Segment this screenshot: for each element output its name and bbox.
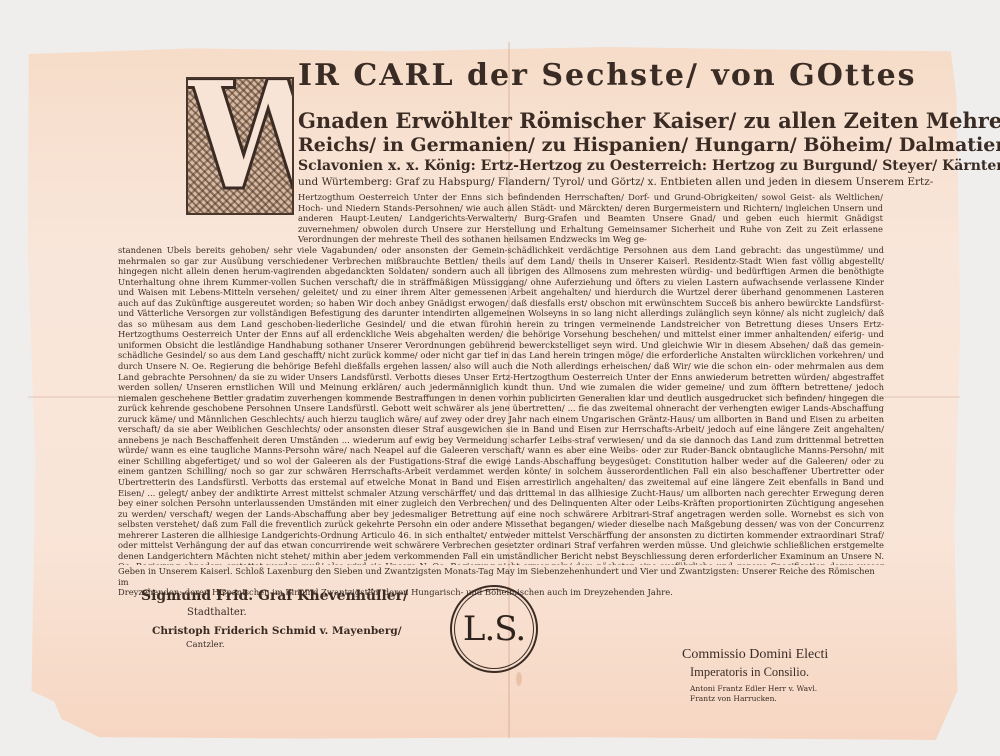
commission-line-2: Imperatoris in Consilio. [690, 665, 809, 680]
initial-letter-glyph: W [186, 77, 294, 211]
seal-text: L.S. [463, 609, 525, 649]
header-line-2: Gnaden Erwöhlter Römischer Kaiser/ zu al… [298, 108, 1000, 133]
header-line-5: und Würtemberg: Graf zu Habspurg/ Flande… [298, 176, 933, 188]
signature-kanzler-title: Cantzler. [186, 640, 225, 650]
countersignature-1: Antoni Frantz Edler Herr v. Wavl. [690, 684, 817, 693]
seal-ls-icon: L.S. [450, 585, 538, 673]
signature-stadthalter-name: Sigmund Frid. Graf Khevenhüller/ [141, 588, 408, 604]
header-line-1: IR CARL der Sechste/ von GOttes [298, 58, 917, 93]
intro-paragraph: Hertzogthum Oesterreich Unter der Enns s… [298, 192, 883, 245]
signature-stadthalter-title: Stadthalter. [187, 607, 247, 618]
header-line-4: Sclavonien x. x. König: Ertz-Hertzog zu … [298, 158, 1000, 174]
signature-kanzler-name: Christoph Friderich Schmid v. Mayenberg/ [152, 625, 402, 637]
closing-line-1: Geben in Unserem Kaiserl. Schloß Laxenbu… [118, 566, 884, 587]
countersignature-2: Frantz von Harrucken. [690, 694, 777, 703]
header-line-3: Reichs/ in Germanien/ zu Hispanien/ Hung… [298, 134, 1000, 156]
paper-stain [516, 672, 522, 686]
body-paragraph: standenen Ubels bereits gehoben/ sehr vi… [118, 245, 884, 565]
commission-line-1: Commissio Domini Electi [682, 647, 828, 663]
decorated-initial-letter: W [186, 77, 294, 215]
